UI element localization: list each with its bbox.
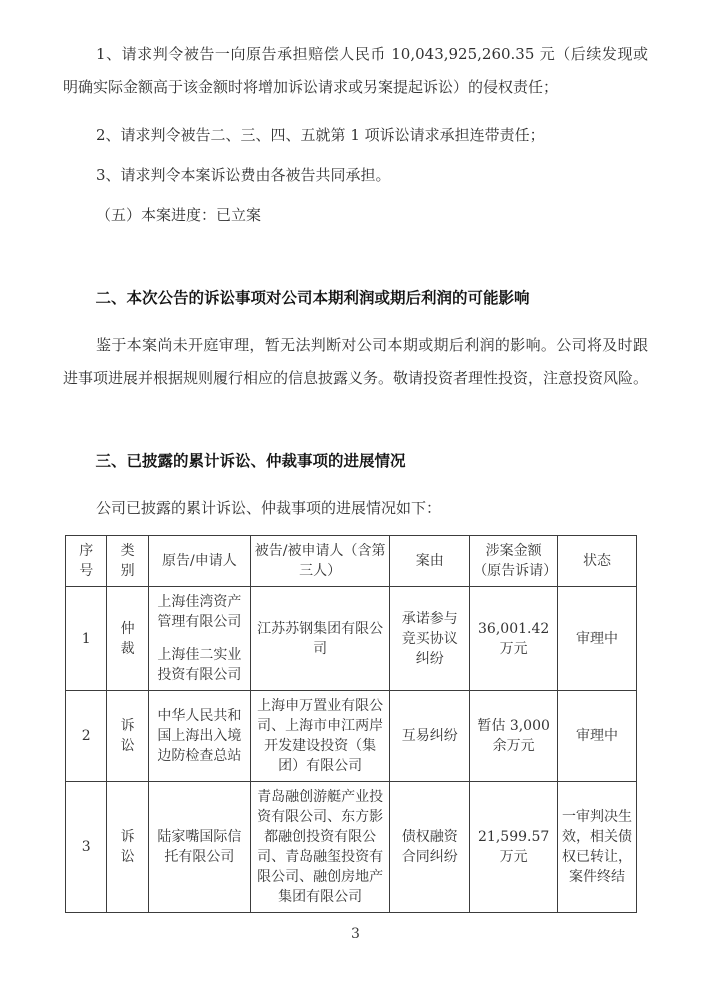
section-3-heading: 三、已披露的累计诉讼、仲裁事项的进展情况 (63, 447, 648, 477)
header-plaintiff: 原告/申请人 (148, 536, 250, 587)
cell-category: 仲裁 (107, 587, 148, 691)
cell-defendant: 上海申万置业有限公司、上海市申江两岸开发建设投资（集团）有限公司 (250, 691, 389, 782)
document-page: 1、请求判令被告一向原告承担赔偿人民币 10,043,925,260.35 元（… (0, 0, 711, 1000)
cell-plaintiff: 上海佳湾资产管理有限公司 上海佳二实业投资有限公司 (148, 587, 250, 691)
section-3-intro: 公司已披露的累计诉讼、仲裁事项的进展情况如下： (63, 492, 648, 525)
header-category: 类别 (107, 536, 148, 587)
cell-category: 诉讼 (107, 691, 148, 782)
header-amount: 涉案金额（原告诉请） (470, 536, 558, 587)
case-progress: （五）本案进度：已立案 (63, 199, 648, 232)
cell-seq: 1 (66, 587, 107, 691)
cell-category: 诉讼 (107, 782, 148, 913)
header-cause: 案由 (390, 536, 470, 587)
claim-item-3: 3、请求判令本案诉讼费由各被告共同承担。 (63, 159, 648, 192)
cell-defendant: 江苏苏钢集团有限公司 (250, 587, 389, 691)
cell-plaintiff: 陆家嘴国际信托有限公司 (148, 782, 250, 913)
header-status: 状态 (558, 536, 637, 587)
cell-amount: 暂估 3,000 余万元 (470, 691, 558, 782)
cell-seq: 2 (66, 691, 107, 782)
table-row: 1 仲裁 上海佳湾资产管理有限公司 上海佳二实业投资有限公司 江苏苏钢集团有限公… (66, 587, 637, 691)
cell-amount: 36,001.42 万元 (470, 587, 558, 691)
header-defendant: 被告/被申请人（含第三人） (250, 536, 389, 587)
cell-cause: 互易纠纷 (390, 691, 470, 782)
cell-defendant: 青岛融创游艇产业投资有限公司、东方影都融创投资有限公司、青岛融玺投资有限公司、融… (250, 782, 389, 913)
table-header-row: 序号 类别 原告/申请人 被告/被申请人（含第三人） 案由 涉案金额（原告诉请）… (66, 536, 637, 587)
claim-item-1: 1、请求判令被告一向原告承担赔偿人民币 10,043,925,260.35 元（… (63, 38, 648, 104)
section-2-body: 鉴于本案尚未开庭审理，暂无法判断对公司本期或期后利润的影响。公司将及时跟进事项进… (63, 329, 648, 395)
cell-cause: 债权融资合同纠纷 (390, 782, 470, 913)
cell-amount: 21,599.57 万元 (470, 782, 558, 913)
section-2-heading: 二、本次公告的诉讼事项对公司本期利润或期后利润的可能影响 (63, 284, 648, 314)
header-seq: 序号 (66, 536, 107, 587)
cell-status: 一审判决生效，相关债权已转让，案件终结 (558, 782, 637, 913)
table-row: 2 诉讼 中华人民共和国上海出入境边防检查总站 上海申万置业有限公司、上海市申江… (66, 691, 637, 782)
litigation-progress-table: 序号 类别 原告/申请人 被告/被申请人（含第三人） 案由 涉案金额（原告诉请）… (65, 535, 637, 913)
claim-item-2: 2、请求判令被告二、三、四、五就第 1 项诉讼请求承担连带责任； (63, 119, 648, 152)
cell-cause: 承诺参与竞买协议纠纷 (390, 587, 470, 691)
cell-plaintiff: 中华人民共和国上海出入境边防检查总站 (148, 691, 250, 782)
table-row: 3 诉讼 陆家嘴国际信托有限公司 青岛融创游艇产业投资有限公司、东方影都融创投资… (66, 782, 637, 913)
cell-seq: 3 (66, 782, 107, 913)
cell-status: 审理中 (558, 587, 637, 691)
cell-status: 审理中 (558, 691, 637, 782)
page-number: 3 (63, 926, 648, 942)
